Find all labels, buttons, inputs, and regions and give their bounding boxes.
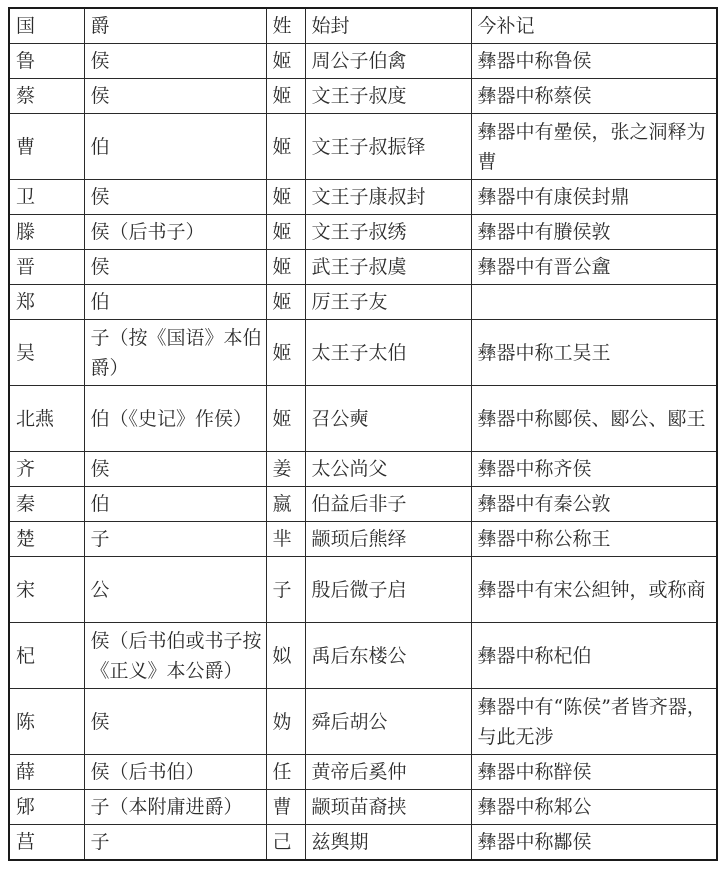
cell-rank: 子（本附庸进爵） xyxy=(84,790,266,825)
cell-state: 蔡 xyxy=(9,79,84,114)
cell-first-enfeoffed: 召公奭 xyxy=(305,386,471,452)
cell-notes: 彝器中有秦公敦 xyxy=(471,487,717,522)
cell-rank: 伯 xyxy=(84,114,266,180)
cell-surname: 嬴 xyxy=(266,487,305,522)
cell-rank: 侯（后书伯或书子按《正义》本公爵） xyxy=(84,623,266,689)
header-surname: 姓 xyxy=(266,8,305,44)
cell-notes: 彝器中有宋公䋎钟，或称商 xyxy=(471,557,717,623)
header-row: 国 爵 姓 始封 今补记 xyxy=(9,8,717,44)
cell-notes: 彝器中有賸侯敦 xyxy=(471,215,717,250)
cell-state: 晋 xyxy=(9,250,84,285)
table-row: 宋公子殷后微子启彝器中有宋公䋎钟，或称商 xyxy=(9,557,717,623)
cell-notes: 彝器中有晋公盦 xyxy=(471,250,717,285)
cell-state: 薛 xyxy=(9,755,84,790)
table-row: 滕侯（后书子）姬文王子叔绣彝器中有賸侯敦 xyxy=(9,215,717,250)
cell-state: 吴 xyxy=(9,320,84,386)
cell-surname: 姬 xyxy=(266,114,305,180)
cell-first-enfeoffed: 文王子叔绣 xyxy=(305,215,471,250)
cell-state: 宋 xyxy=(9,557,84,623)
table-row: 莒子己兹舆期彝器中称酅侯 xyxy=(9,825,717,861)
cell-surname: 姬 xyxy=(266,250,305,285)
cell-rank: 侯 xyxy=(84,689,266,755)
cell-state: 北燕 xyxy=(9,386,84,452)
table-row: 卫侯姬文王子康叔封彝器中有康侯封鼎 xyxy=(9,180,717,215)
cell-notes: 彝器中有康侯封鼎 xyxy=(471,180,717,215)
cell-surname: 姬 xyxy=(266,180,305,215)
cell-surname: 妫 xyxy=(266,689,305,755)
table-body: 鲁侯姬周公子伯禽彝器中称鲁侯蔡侯姬文王子叔度彝器中称蔡侯曹伯姬文王子叔振铎彝器中… xyxy=(9,44,717,861)
cell-notes: 彝器中有“陈侯”者皆齐器，与此无涉 xyxy=(471,689,717,755)
cell-surname: 姬 xyxy=(266,44,305,79)
cell-first-enfeoffed: 殷后微子启 xyxy=(305,557,471,623)
cell-first-enfeoffed: 颛顼苗裔挟 xyxy=(305,790,471,825)
cell-notes: 彝器中称杞伯 xyxy=(471,623,717,689)
cell-state: 陈 xyxy=(9,689,84,755)
table-row: 吴子（按《国语》本伯爵）姬太王子太伯彝器中称工吴王 xyxy=(9,320,717,386)
cell-first-enfeoffed: 禹后东楼公 xyxy=(305,623,471,689)
cell-rank: 伯（《史记》作侯） xyxy=(84,386,266,452)
cell-state: 秦 xyxy=(9,487,84,522)
cell-first-enfeoffed: 兹舆期 xyxy=(305,825,471,861)
cell-rank: 公 xyxy=(84,557,266,623)
cell-notes: 彝器中称邾公 xyxy=(471,790,717,825)
header-rank: 爵 xyxy=(84,8,266,44)
cell-surname: 姜 xyxy=(266,452,305,487)
cell-notes: 彝器中称郾侯、郾公、郾王 xyxy=(471,386,717,452)
cell-notes: 彝器中称鲁侯 xyxy=(471,44,717,79)
table-row: 晋侯姬武王子叔虞彝器中有晋公盦 xyxy=(9,250,717,285)
cell-first-enfeoffed: 武王子叔虞 xyxy=(305,250,471,285)
table-row: 楚子芈颛顼后熊绎彝器中称公称王 xyxy=(9,522,717,557)
cell-rank: 侯 xyxy=(84,79,266,114)
cell-first-enfeoffed: 舜后胡公 xyxy=(305,689,471,755)
cell-state: 楚 xyxy=(9,522,84,557)
table-row: 陈侯妫舜后胡公彝器中有“陈侯”者皆齐器，与此无涉 xyxy=(9,689,717,755)
feudal-states-table: 国 爵 姓 始封 今补记 鲁侯姬周公子伯禽彝器中称鲁侯蔡侯姬文王子叔度彝器中称蔡… xyxy=(8,7,718,861)
header-supplementary-notes: 今补记 xyxy=(471,8,717,44)
cell-surname: 芈 xyxy=(266,522,305,557)
cell-rank: 子（按《国语》本伯爵） xyxy=(84,320,266,386)
cell-first-enfeoffed: 文王子叔度 xyxy=(305,79,471,114)
cell-state: 郑 xyxy=(9,285,84,320)
cell-state: 莒 xyxy=(9,825,84,861)
table-row: 鲁侯姬周公子伯禽彝器中称鲁侯 xyxy=(9,44,717,79)
table-row: 秦伯嬴伯益后非子彝器中有秦公敦 xyxy=(9,487,717,522)
table-row: 曹伯姬文王子叔振铎彝器中有曐侯，张之洞释为曹 xyxy=(9,114,717,180)
cell-first-enfeoffed: 文王子康叔封 xyxy=(305,180,471,215)
table-row: 蔡侯姬文王子叔度彝器中称蔡侯 xyxy=(9,79,717,114)
cell-rank: 侯（后书伯） xyxy=(84,755,266,790)
cell-notes xyxy=(471,285,717,320)
cell-notes: 彝器中称蔡侯 xyxy=(471,79,717,114)
cell-state: 曹 xyxy=(9,114,84,180)
cell-notes: 彝器中称工吴王 xyxy=(471,320,717,386)
cell-notes: 彝器中称酅侯 xyxy=(471,825,717,861)
cell-state: 杞 xyxy=(9,623,84,689)
cell-state: 卫 xyxy=(9,180,84,215)
cell-first-enfeoffed: 太王子太伯 xyxy=(305,320,471,386)
cell-surname: 己 xyxy=(266,825,305,861)
cell-first-enfeoffed: 厉王子友 xyxy=(305,285,471,320)
cell-notes: 彝器中称齐侯 xyxy=(471,452,717,487)
cell-first-enfeoffed: 文王子叔振铎 xyxy=(305,114,471,180)
cell-rank: 侯 xyxy=(84,452,266,487)
table-row: 齐侯姜太公尚父彝器中称齐侯 xyxy=(9,452,717,487)
cell-first-enfeoffed: 伯益后非子 xyxy=(305,487,471,522)
table-row: 郳子（本附庸进爵）曹颛顼苗裔挟彝器中称邾公 xyxy=(9,790,717,825)
cell-surname: 姬 xyxy=(266,215,305,250)
cell-rank: 侯 xyxy=(84,250,266,285)
cell-surname: 姬 xyxy=(266,79,305,114)
cell-rank: 伯 xyxy=(84,487,266,522)
cell-notes: 彝器中有曐侯，张之洞释为曹 xyxy=(471,114,717,180)
cell-rank: 伯 xyxy=(84,285,266,320)
table-row: 郑伯姬厉王子友 xyxy=(9,285,717,320)
cell-notes: 彝器中称辥侯 xyxy=(471,755,717,790)
cell-surname: 任 xyxy=(266,755,305,790)
table-row: 杞侯（后书伯或书子按《正义》本公爵）姒禹后东楼公彝器中称杞伯 xyxy=(9,623,717,689)
table-row: 北燕伯（《史记》作侯）姬召公奭彝器中称郾侯、郾公、郾王 xyxy=(9,386,717,452)
cell-state: 郳 xyxy=(9,790,84,825)
cell-first-enfeoffed: 黄帝后奚仲 xyxy=(305,755,471,790)
cell-surname: 姬 xyxy=(266,386,305,452)
cell-state: 滕 xyxy=(9,215,84,250)
cell-rank: 子 xyxy=(84,522,266,557)
cell-first-enfeoffed: 周公子伯禽 xyxy=(305,44,471,79)
table-row: 薛侯（后书伯）任黄帝后奚仲彝器中称辥侯 xyxy=(9,755,717,790)
cell-rank: 子 xyxy=(84,825,266,861)
cell-surname: 姒 xyxy=(266,623,305,689)
header-first-enfeoffed: 始封 xyxy=(305,8,471,44)
cell-rank: 侯 xyxy=(84,44,266,79)
cell-surname: 姬 xyxy=(266,285,305,320)
cell-surname: 姬 xyxy=(266,320,305,386)
cell-first-enfeoffed: 颛顼后熊绎 xyxy=(305,522,471,557)
cell-surname: 子 xyxy=(266,557,305,623)
cell-notes: 彝器中称公称王 xyxy=(471,522,717,557)
header-state: 国 xyxy=(9,8,84,44)
cell-state: 齐 xyxy=(9,452,84,487)
cell-state: 鲁 xyxy=(9,44,84,79)
cell-rank: 侯（后书子） xyxy=(84,215,266,250)
cell-rank: 侯 xyxy=(84,180,266,215)
cell-surname: 曹 xyxy=(266,790,305,825)
cell-first-enfeoffed: 太公尚父 xyxy=(305,452,471,487)
